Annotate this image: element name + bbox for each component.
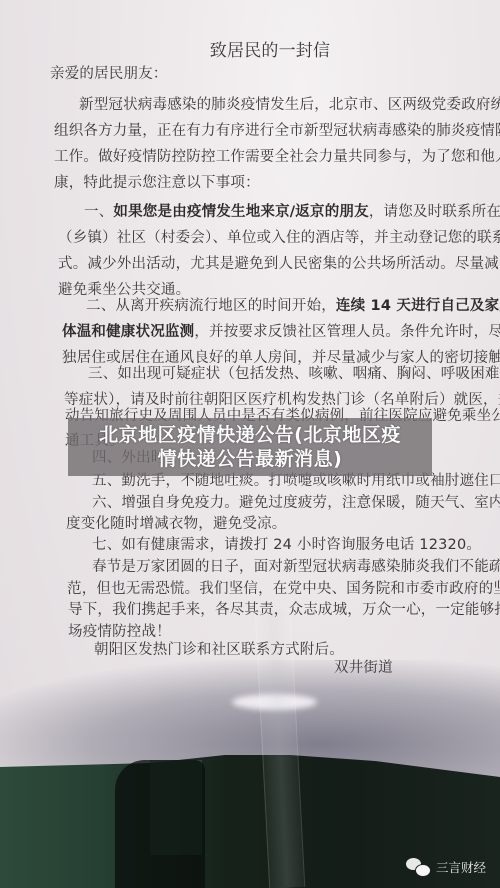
doc-line: 范，但也无需恐慌。我们坚信，在党中央、国务院和市委市政府的坚强领: [67, 577, 500, 598]
document-title: 致居民的一封信: [0, 36, 500, 61]
doc-line-item-2: 二、从离开疾病流行地区的时间开始，连续 14 天进行自己及家人的: [86, 294, 500, 315]
salutation: 亲爱的居民朋友：: [50, 62, 168, 83]
doc-line: 度变化随时增减衣物，避免受凉。: [66, 512, 287, 533]
video-title-overlay: 北京地区疫情快递公告(北京地区疫 情快递公告最新消息): [68, 418, 432, 476]
doc-line: 工作。做好疫情防控防控工作需要全社会力量共同参与，为了您和他人健: [54, 145, 500, 166]
doc-line: 春节是万家团圆的日子，面对新型冠状病毒感染肺炎我们不能疏于防: [92, 555, 500, 576]
doc-line-item-7: 七、如有健康需求，请拨打 24 小时咨询服务电话 12320。: [92, 533, 481, 554]
doc-line: 朝阳区发热门诊和社区联系方式附后。: [94, 638, 344, 659]
watermark-text: 三言财经: [436, 858, 486, 876]
doc-line: 导下，我们携起手来，各尽其责，众志成城，万众一心，一定能够打赢这: [68, 598, 500, 619]
signature: 双井街道: [334, 656, 393, 677]
doc-line: （乡镇）社区（村委会）、单位或入住的酒店等，并主动登记您的联系方: [58, 226, 500, 247]
overlay-title-line-1: 北京地区疫情快递公告(北京地区疫: [99, 423, 401, 447]
doc-line-item-6: 六、增强自身免疫力。避免过度疲劳，注意保暖，随天气、室内外温: [92, 491, 500, 512]
doc-line: 体温和健康状况监测，并按要求反馈社区管理人员。条件允许时，尽量单: [62, 320, 500, 341]
doc-line: 新型冠状病毒感染的肺炎疫情发生后，北京市、区两级党委政府统筹: [79, 93, 500, 114]
doc-line: 组织各方力量，正在有力有序进行全市新型冠状病毒感染的肺炎疫情防控: [54, 119, 500, 140]
photo: 致居民的一封信 亲爱的居民朋友： 新型冠状病毒感染的肺炎疫情发生后，北京市、区两…: [0, 0, 500, 888]
wechat-icon: [406, 858, 430, 876]
overlay-title-line-2: 情快递公告最新消息): [158, 447, 343, 471]
doc-line: 式。减少外出活动，尤其是避免到人民密集的公共场所活动。尽量减少和: [58, 252, 500, 273]
watermark: 三言财经: [406, 858, 486, 876]
doc-line: 康，特此提示您注意以下事项：: [54, 171, 260, 192]
doc-line-item-1: 一、如果您是由疫情发生地来京/返京的朋友，请您及时联系所在街道: [84, 200, 500, 221]
doc-line-item-3: 三、如出现可疑症状（包括发热、咳嗽、咽痛、胸闷、呼吸困难乏力: [88, 362, 500, 383]
board-shadow: [115, 760, 205, 888]
